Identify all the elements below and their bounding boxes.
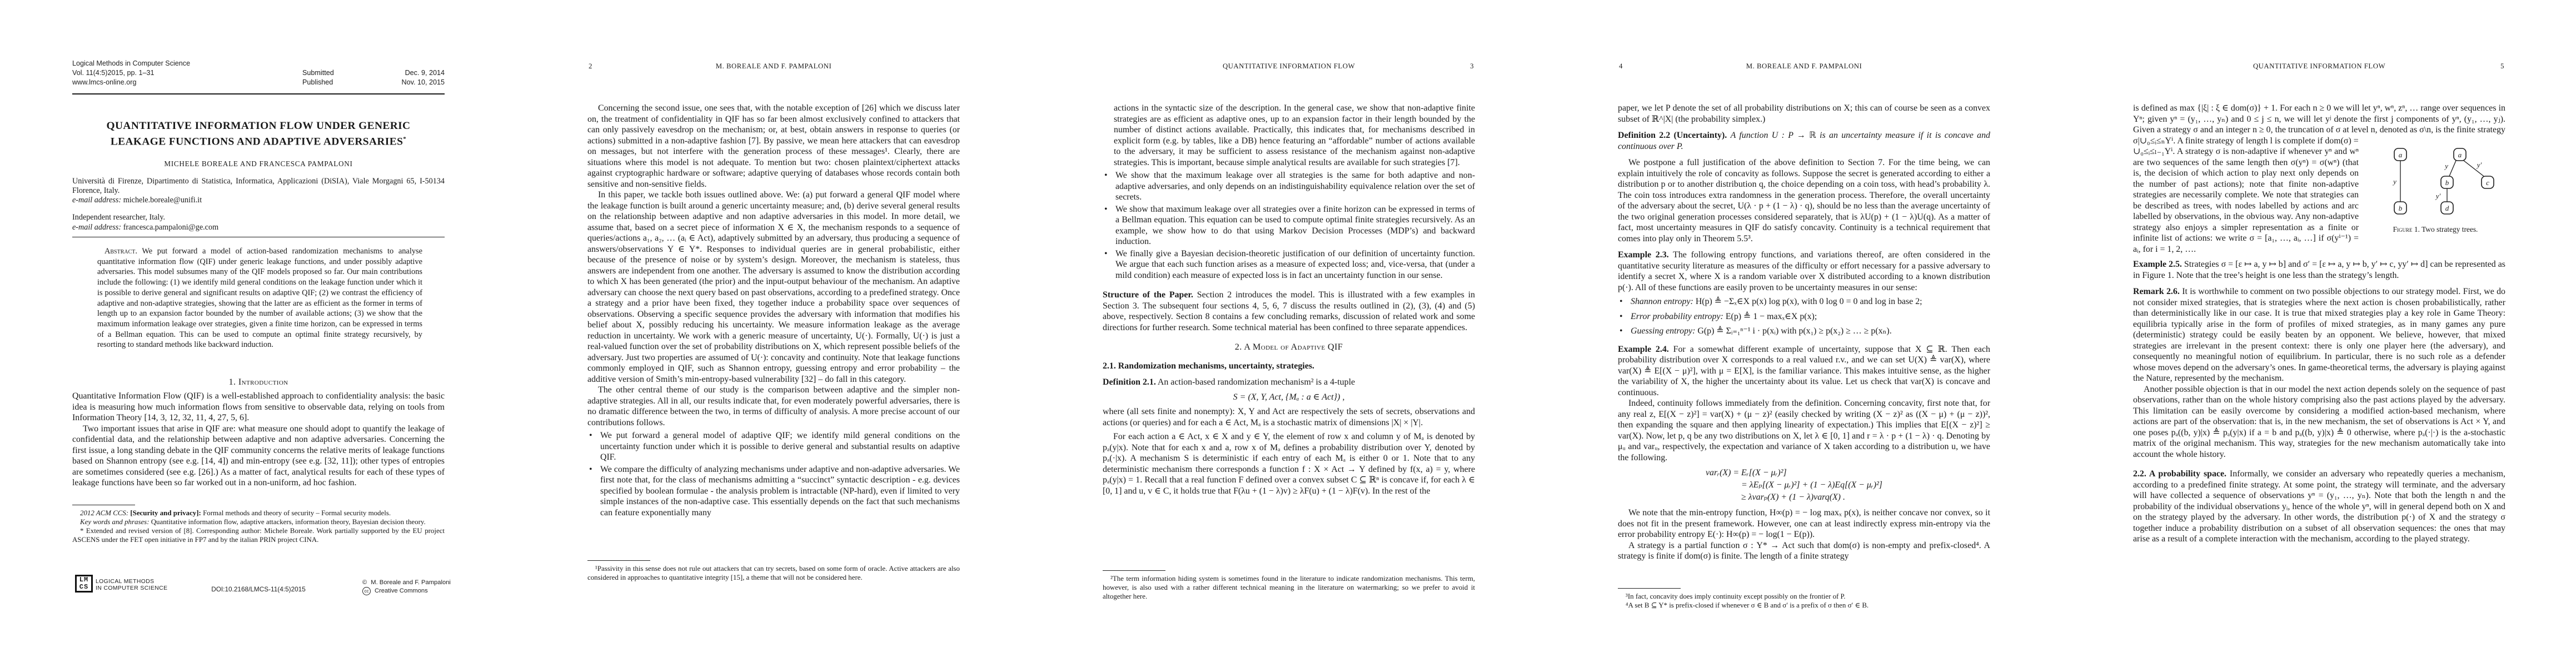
submitted-row: Submitted Dec. 9, 2014 <box>302 68 445 78</box>
entropy-list: • Shannon entropy: H(p) ≜ −Σₓ∈X p(x) log… <box>1618 295 1990 339</box>
cc-text: Creative Commons <box>375 587 428 595</box>
strategy-trees-svg: a b a b c d y y y′ y′ <box>2365 146 2505 217</box>
header-rule <box>72 93 445 94</box>
affiliation-1: Università di Firenze, Dipartimento di S… <box>72 177 445 205</box>
footnote-ccs: 2012 ACM CCS: [Security and privacy]: Fo… <box>72 509 445 518</box>
bullet-icon: • <box>587 430 600 463</box>
bullet-item: • Guessing entropy: G(p) ≜ Σᵢ₌₁ⁿ⁻¹ i · p… <box>1618 325 1990 339</box>
node-label: a <box>2458 151 2462 159</box>
journal-info: Logical Methods in Computer Science Vol.… <box>72 59 190 87</box>
bullet-icon: • <box>1103 170 1115 203</box>
running-title: QUANTITATIVE INFORMATION FLOW <box>2133 62 2505 71</box>
page-1: Logical Methods in Computer Science Vol.… <box>0 0 515 667</box>
copyright-icon: © <box>362 579 367 587</box>
bullet-item: • We show that the maximum leakage over … <box>1103 170 1475 203</box>
equation-line: varᵣ(X) = Eᵣ[(X − μᵣ)²] <box>1706 467 1990 479</box>
email-line-2: e-mail address: francesca.pampaloni@ge.c… <box>72 223 445 232</box>
paper-title-line2: LEAKAGE FUNCTIONS AND ADAPTIVE ADVERSARI… <box>72 133 445 148</box>
creative-commons-line: cc Creative Commons <box>362 587 451 595</box>
example-25: Example 2.5. Strategies σ = [ε ↦ a, y ↦ … <box>2133 259 2505 281</box>
definition-label: Definition 2.1. <box>1103 377 1156 387</box>
page-number: 3 <box>1470 62 1474 71</box>
footnote-block: ¹Passivity in this sense does not rule o… <box>587 560 960 583</box>
equation-block: varᵣ(X) = Eᵣ[(X − μᵣ)²] = λEₚ[(X − μᵣ)²]… <box>1706 467 1990 504</box>
equation-line: ≥ λvarₚ(X) + (1 − λ)varq(X) . <box>1741 491 1990 504</box>
submitted-label: Submitted <box>302 68 334 78</box>
paragraph: We note that the min-entropy function, H… <box>1618 507 1990 540</box>
paragraph: For each action a ∈ Act, x ∈ X and y ∈ Y… <box>1103 431 1475 496</box>
footnote-rule <box>1618 588 1681 589</box>
journal-website: www.lmcs-online.org <box>72 78 190 87</box>
submission-info: Submitted Dec. 9, 2014 Published Nov. 10… <box>302 68 445 87</box>
published-date: Nov. 10, 2015 <box>402 78 445 87</box>
footnote-block: 2012 ACM CCS: [Security and privacy]: Fo… <box>72 505 445 545</box>
footnote-keywords: Key words and phrases: Quantitative info… <box>72 518 445 527</box>
email-address: michele.boreale@unifi.it <box>123 196 202 205</box>
brand-line1: LOGICAL METHODS <box>96 579 167 585</box>
figure-wrap-section: a b a b c d y y y′ y′ Figure 1. Two stra… <box>2133 146 2505 255</box>
paragraph: Another possible objection is that in ou… <box>2133 384 2505 460</box>
bullet-item: • We show that maximum leakage over all … <box>1103 204 1475 247</box>
email-label: e-mail address: <box>72 196 121 205</box>
footnote-rule <box>72 505 135 505</box>
page-body: Concerning the second issue, one sees th… <box>587 103 960 518</box>
page-body: paper, we let P denote the set of all pr… <box>1618 103 1990 562</box>
page-body: is defined as max {|ξ| : ξ ∈ dom(σ)} + 1… <box>2133 103 2505 545</box>
bullet-item: • Error probability entropy: E(p) ≜ 1 − … <box>1618 310 1990 324</box>
email-address: francesca.pampaloni@ge.com <box>123 223 218 232</box>
example-label: Example 2.5. <box>2133 260 2182 269</box>
abstract: Abstract. We put forward a model of acti… <box>97 246 422 350</box>
paragraph: actions in the syntactic size of the des… <box>1103 103 1475 168</box>
cc-icon: cc <box>362 587 371 595</box>
bullet-icon: • <box>1103 248 1115 281</box>
running-head: 2 M. BOREALE AND F. PAMPALONI <box>587 62 960 72</box>
node-label: b <box>2399 204 2403 212</box>
paragraph: paper, we let P denote the set of all pr… <box>1618 103 1990 125</box>
bullet-icon: • <box>1618 295 1631 309</box>
page-number: 5 <box>2500 62 2504 71</box>
footnote-support: * Extended and revised version of [8]. C… <box>72 527 445 545</box>
page-5: QUANTITATIVE INFORMATION FLOW 5 is defin… <box>2061 0 2576 667</box>
definition-22: Definition 2.2 (Uncertainty). A function… <box>1618 130 1990 152</box>
email-line-1: e-mail address: michele.boreale@unifi.it <box>72 196 445 205</box>
bullet-item: • We put forward a general model of adap… <box>587 430 960 463</box>
remark-label: Remark 2.6. <box>2133 287 2180 296</box>
paragraph: is defined as max {|ξ| : ξ ∈ dom(σ)} + 1… <box>2133 103 2505 146</box>
structure-label: Structure of the Paper. <box>1103 290 1193 300</box>
email-label: e-mail address: <box>72 223 121 232</box>
node-label: c <box>2486 178 2489 187</box>
figure-caption-text: Two strategy trees. <box>2421 225 2478 233</box>
subsection-heading-22: 2.2. A probability space. <box>2133 469 2226 479</box>
node-label: a <box>2399 151 2403 159</box>
title-footnote-star: * <box>403 136 406 142</box>
figure-1: a b a b c d y y y′ y′ Figure 1. Two stra… <box>2365 146 2505 240</box>
page-3: QUANTITATIVE INFORMATION FLOW 3 actions … <box>1030 0 1546 667</box>
running-head: QUANTITATIVE INFORMATION FLOW 5 <box>2133 62 2505 72</box>
published-label: Published <box>302 78 333 87</box>
bullet-icon: • <box>1618 325 1631 339</box>
paragraph: The other central theme of our study is … <box>587 385 960 428</box>
node-label: b <box>2445 178 2449 187</box>
paragraph: Two important issues that arise in QIF a… <box>72 424 445 489</box>
abstract-label: Abstract. <box>104 247 137 256</box>
paragraph: We postpone a full justification of the … <box>1618 157 1990 244</box>
paragraph: where (all sets finite and nonempty): X,… <box>1103 406 1475 428</box>
rights-block: © M. Boreale and F. Pampaloni cc Creativ… <box>362 579 451 595</box>
subsection-heading-21: 2.1. Randomization mechanisms, uncertain… <box>1103 361 1475 372</box>
running-head: QUANTITATIVE INFORMATION FLOW 3 <box>1103 62 1475 72</box>
bullet-item: • Shannon entropy: H(p) ≜ −Σₓ∈X p(x) log… <box>1618 295 1990 309</box>
copyright-line: © M. Boreale and F. Pampaloni <box>362 579 451 587</box>
bullet-list: • We put forward a general model of adap… <box>587 430 960 518</box>
affiliation-text: Independent researcher, Italy. <box>72 213 445 222</box>
footnote-ihs: ²The term information hiding system is s… <box>1103 575 1475 601</box>
footnote-block: ²The term information hiding system is s… <box>1103 570 1475 601</box>
running-title: M. BOREALE AND F. PAMPALONI <box>587 62 960 71</box>
paper-title-line1: QUANTITATIVE INFORMATION FLOW UNDER GENE… <box>72 120 445 133</box>
page-body: actions in the syntactic size of the des… <box>1103 103 1475 496</box>
section-heading-introduction: 1. Introduction <box>72 377 445 387</box>
example-label: Example 2.3. <box>1618 250 1669 260</box>
paragraph: Quantitative Information Flow (QIF) is a… <box>72 391 445 424</box>
bullet-icon: • <box>1103 204 1115 247</box>
affiliation-2: Independent researcher, Italy. e-mail ad… <box>72 213 445 232</box>
figure-caption: Figure 1. Two strategy trees. <box>2365 224 2505 235</box>
equation-line: = λEₚ[(X − μᵣ)²] + (1 − λ)Eq[(X − μᵣ)²] <box>1741 479 1990 491</box>
bullet-icon: • <box>587 464 600 519</box>
bullet-item: • We compare the difficulty of analyzing… <box>587 464 960 519</box>
paper-title: QUANTITATIVE INFORMATION FLOW UNDER GENE… <box>72 120 445 148</box>
page-4: 4 M. BOREALE AND F. PAMPALONI paper, we … <box>1546 0 2061 667</box>
figure-caption-label: Figure 1. <box>2393 225 2420 233</box>
running-head: 4 M. BOREALE AND F. PAMPALONI <box>1618 62 1990 72</box>
node-label: d <box>2445 204 2449 212</box>
bullet-list: • We show that the maximum leakage over … <box>1103 170 1475 281</box>
remark-26: Remark 2.6. It is worthwhile to comment … <box>2133 286 2505 384</box>
edge-label: y <box>2392 177 2396 186</box>
running-title: QUANTITATIVE INFORMATION FLOW <box>1103 62 1475 71</box>
example-label: Example 2.4. <box>1618 345 1669 354</box>
subsection-22: 2.2. A probability space. Informally, we… <box>2133 469 2505 545</box>
paragraph: A strategy is a partial function σ : Y* … <box>1618 540 1990 562</box>
journal-volume: Vol. 11(4:5)2015, pp. 1–31 <box>72 68 190 78</box>
structure-paragraph: Structure of the Paper. Section 2 introd… <box>1103 290 1475 333</box>
footnote-prefix-closed: ⁴A set B ⊆ Y* is prefix-closed if whenev… <box>1618 601 1990 610</box>
running-title: M. BOREALE AND F. PAMPALONI <box>1618 62 1990 71</box>
bullet-icon: • <box>1618 310 1631 324</box>
journal-name: Logical Methods in Computer Science <box>72 59 190 68</box>
introduction-text: Quantitative Information Flow (QIF) is a… <box>72 391 445 489</box>
paragraph: Concerning the second issue, one sees th… <box>587 103 960 190</box>
edge-label: y′ <box>2435 192 2441 200</box>
abstract-rule <box>72 237 445 237</box>
affiliation-text: Università di Firenze, Dipartimento di S… <box>72 177 445 195</box>
mechanism-formula: S = (X, Y, Act, {Mₐ : a ∈ Act}) , <box>1103 392 1475 403</box>
authors-line: MICHELE BOREALE AND FRANCESCA PAMPALONI <box>72 160 445 168</box>
footnote-concavity: ³In fact, concavity does imply continuit… <box>1618 593 1990 601</box>
definition-label: Definition 2.2 (Uncertainty). <box>1618 131 1727 140</box>
page-2: 2 M. BOREALE AND F. PAMPALONI Concerning… <box>515 0 1030 667</box>
abstract-text: We put forward a model of action-based r… <box>97 247 422 349</box>
edge-label: y′ <box>2476 161 2482 169</box>
definition-21: Definition 2.1. An action-based randomiz… <box>1103 377 1475 388</box>
bullet-item: • We finally give a Bayesian decision-th… <box>1103 248 1475 281</box>
footnote-passivity: ¹Passivity in this sense does not rule o… <box>587 565 960 583</box>
example-24: Example 2.4. For a somewhat different ex… <box>1618 344 1990 399</box>
published-row: Published Nov. 10, 2015 <box>302 78 445 87</box>
paragraph: In this paper, we tackle both issues out… <box>587 190 960 385</box>
submitted-date: Dec. 9, 2014 <box>405 68 445 78</box>
edge-label: y <box>2444 162 2448 170</box>
copyright-names: M. Boreale and F. Pampaloni <box>371 579 451 587</box>
paragraph: Indeed, continuity follows immediately f… <box>1618 398 1990 463</box>
section-heading-model: 2. A Model of Adaptive QIF <box>1103 342 1475 353</box>
footnote-rule <box>1103 570 1165 571</box>
example-23: Example 2.3. The following entropy funct… <box>1618 250 1990 293</box>
footnote-block: ³In fact, concavity does imply continuit… <box>1618 588 1990 610</box>
footnote-rule <box>587 560 650 561</box>
